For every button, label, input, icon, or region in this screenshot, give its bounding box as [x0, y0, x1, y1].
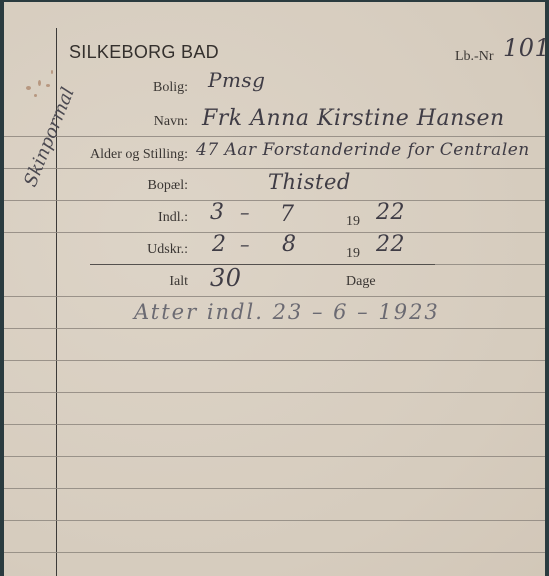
institution-title: SILKEBORG BAD	[69, 42, 219, 63]
lb-nr-value: 101	[503, 34, 549, 62]
lb-nr-label: Lb.-Nr	[455, 49, 494, 65]
ruled-line	[4, 168, 545, 169]
record-card: SILKEBORG BAD Lb.-Nr 101 Bolig: Pmsg Nav…	[4, 2, 545, 576]
bolig-value: Pmsg	[208, 68, 266, 92]
margin-annotation: Skinpormal	[20, 85, 79, 190]
rust-stain	[26, 86, 31, 90]
indl-day: 3	[210, 200, 225, 225]
navn-value: Frk Anna Kirstine Hansen	[202, 106, 505, 131]
indl-year-suffix: 22	[376, 200, 405, 225]
ruled-line	[4, 232, 545, 233]
alder-stilling-value: 47 Aar Forstanderinde for Centralen	[196, 140, 530, 160]
rust-stain	[38, 80, 41, 86]
ruled-line	[4, 360, 545, 361]
rust-stain	[51, 70, 53, 74]
udskr-label: Udskr.:	[48, 242, 188, 258]
bopael-value: Thisted	[268, 170, 351, 194]
udskr-year-suffix: 22	[376, 232, 405, 257]
ruled-line	[4, 328, 545, 329]
rust-stain	[34, 94, 37, 97]
ruled-line	[4, 488, 545, 489]
udskr-day: 2	[212, 232, 227, 257]
ialt-unit: Dage	[346, 274, 376, 290]
udskr-month: 8	[282, 232, 297, 257]
indl-label: Indl.:	[48, 210, 188, 226]
ialt-label: Ialt	[48, 274, 188, 290]
udskr-separator: –	[240, 234, 250, 256]
ruled-line	[4, 296, 545, 297]
ruled-line	[435, 264, 545, 265]
ruled-line	[4, 456, 545, 457]
alder-stilling-label: Alder og Stilling:	[48, 147, 188, 163]
ruled-line	[4, 552, 545, 553]
indl-year-prefix: 19	[346, 214, 360, 230]
indl-month: 7	[280, 202, 295, 227]
ruled-line	[4, 520, 545, 521]
ruled-line	[90, 264, 435, 265]
indl-separator: –	[240, 202, 250, 224]
bopael-label: Bopæl:	[48, 178, 188, 194]
ruled-line	[4, 392, 545, 393]
ruled-line	[4, 136, 545, 137]
udskr-year-prefix: 19	[346, 246, 360, 262]
readmission-note: Atter indl. 23 – 6 – 1923	[134, 300, 440, 324]
ruled-line	[4, 424, 545, 425]
ruled-line	[4, 200, 545, 201]
ialt-value: 30	[210, 264, 242, 292]
